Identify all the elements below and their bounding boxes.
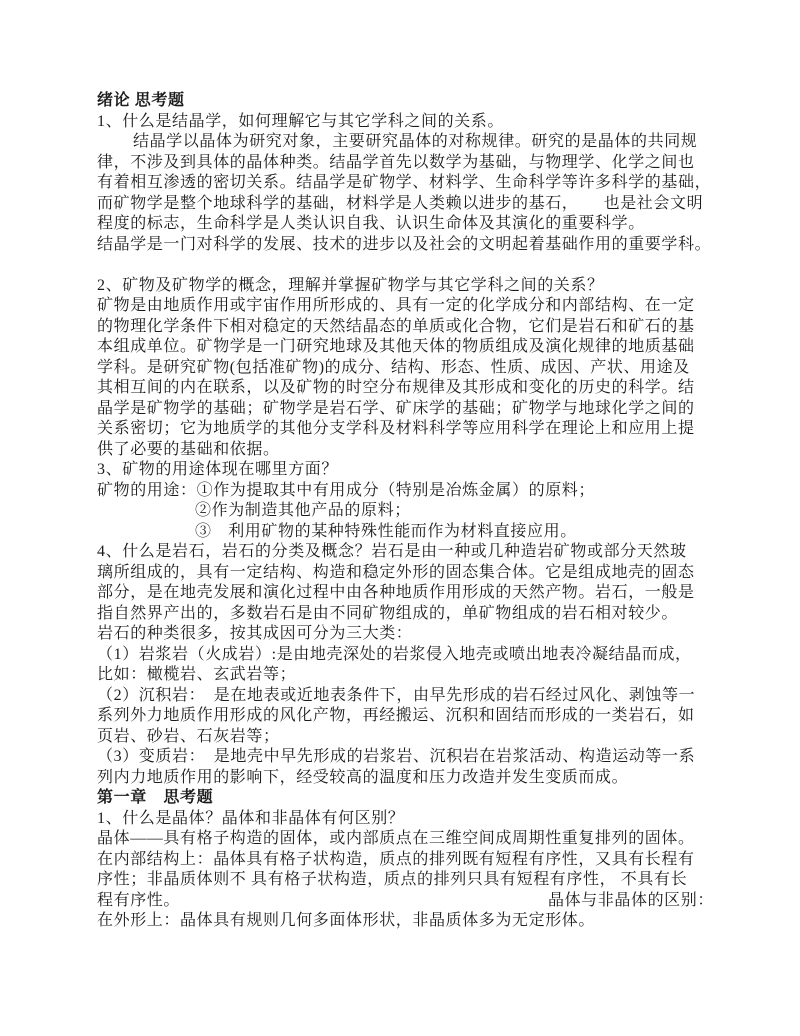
- text-line: 4、什么是岩石，岩石的分类及概念？岩石是由一种或几种造岩矿物或部分天然玻: [97, 542, 714, 563]
- text-line: 其相互间的内在联系，以及矿物的时空分布规律及其形成和变化的历史的科学。结: [97, 378, 714, 399]
- text-line: 序性；非晶质体则不 具有格子状构造，质点的排列只具有短程有序性， 不具有长: [97, 870, 714, 891]
- text-line: 列内力地质作用的影响下，经受较高的温度和压力改造并发生变质而成。: [97, 768, 714, 789]
- text-line: 系列外力地质作用形成的风化产物，再经搬运、沉积和固结而形成的一类岩石，如: [97, 706, 714, 727]
- text-line: 程有序性。晶体与非晶体的区别：: [97, 891, 714, 912]
- section-heading: 绪论 思考题: [97, 91, 714, 112]
- text-line-left: 程有序性。: [97, 891, 180, 912]
- text-line: 页岩、砂岩、石灰岩等；: [97, 727, 714, 748]
- text-line: 部分，是在地壳发展和演化过程中由各种地质作用形成的天然产物。岩石，一般是: [97, 583, 714, 604]
- text-line: （3）变质岩： 是地壳中早先形成的岩浆岩、沉积岩在岩浆活动、构造运动等一系: [97, 747, 714, 768]
- text-line: 晶体——具有格子构造的固体，或内部质点在三维空间成周期性重复排列的固体。: [97, 829, 714, 850]
- text-line: 指自然界产出的，多数岩石是由不同矿物组成的，单矿物组成的岩石相对较少。: [97, 604, 714, 625]
- text-line: 在内部结构上：晶体具有格子状构造，质点的排列既有短程有序性，又具有长程有: [97, 850, 714, 871]
- text-line: 结晶学以晶体为研究对象，主要研究晶体的对称规律。研究的是晶体的共同规: [97, 132, 714, 153]
- text-line: ③ 利用矿物的某种特殊性能而作为材料直接应用。: [97, 522, 714, 543]
- text-line: 3、矿物的用途体现在哪里方面？: [97, 460, 714, 481]
- text-line: 本组成单位。矿物学是一门研究地球及其他天体的物质组成及演化规律的地质基础: [97, 337, 714, 358]
- text-line: 有着相互渗透的密切关系。结晶学是矿物学、材料学、生命科学等许多科学的基础，: [97, 173, 714, 194]
- text-line: 在外形上：晶体具有规则几何多面体形状，非晶质体多为无定形体。: [97, 911, 714, 932]
- text-line: 结晶学是一门对科学的发展、技术的进步以及社会的文明起着基础作用的重要学科。: [97, 235, 714, 256]
- blank-line: [97, 255, 714, 276]
- text-line: 程度的标志，生命科学是人类认识自我、认识生命体及其演化的重要科学。: [97, 214, 714, 235]
- text-line-right: 晶体与非晶体的区别：: [548, 891, 714, 912]
- text-line: 2、矿物及矿物学的概念，理解并掌握矿物学与其它学科之间的关系？: [97, 276, 714, 297]
- text-line: 1、什么是结晶学，如何理解它与其它学科之间的关系。: [97, 112, 714, 133]
- text-line: 而矿物学是整个地球科学的基础，材料学是人类赖以进步的基石， 也是社会文明: [97, 194, 714, 215]
- text-line: 学科。是研究矿物(包括准矿物)的成分、结构、形态、性质、成因、产状、用途及: [97, 358, 714, 379]
- text-line: 岩石的种类很多，按其成因可分为三大类：: [97, 624, 714, 645]
- text-line: （2）沉积岩： 是在地表或近地表条件下，由早先形成的岩石经过风化、剥蚀等一: [97, 686, 714, 707]
- section-heading: 第一章 思考题: [97, 788, 714, 809]
- text-line: ②作为制造其他产品的原料；: [97, 501, 714, 522]
- text-line: 比如：橄榄岩、玄武岩等；: [97, 665, 714, 686]
- text-line: （1）岩浆岩（火成岩）:是由地壳深处的岩浆侵入地壳或喷出地表冷凝结晶而成，: [97, 645, 714, 666]
- text-line: 矿物的用途：①作为提取其中有用成分（特别是冶炼金属）的原料；: [97, 481, 714, 502]
- text-line: 律，不涉及到具体的晶体种类。结晶学首先以数学为基础，与物理学、化学之间也: [97, 153, 714, 174]
- document-page: 绪论 思考题1、什么是结晶学，如何理解它与其它学科之间的关系。结晶学以晶体为研究…: [97, 91, 714, 932]
- text-line: 矿物是由地质作用或宇宙作用所形成的、具有一定的化学成分和内部结构、在一定: [97, 296, 714, 317]
- text-line: 供了必要的基础和依据。: [97, 440, 714, 461]
- text-line: 关系密切；它为地质学的其他分支学科及材料科学等应用科学在理论上和应用上提: [97, 419, 714, 440]
- text-line: 晶学是矿物学的基础；矿物学是岩石学、矿床学的基础；矿物学与地球化学之间的: [97, 399, 714, 420]
- text-line: 的物理化学条件下相对稳定的天然结晶态的单质或化合物，它们是岩石和矿石的基: [97, 317, 714, 338]
- text-line: 璃所组成的，具有一定结构、构造和稳定外形的固态集合体。它是组成地壳的固态: [97, 563, 714, 584]
- text-line: 1、什么是晶体？晶体和非晶体有何区别？: [97, 809, 714, 830]
